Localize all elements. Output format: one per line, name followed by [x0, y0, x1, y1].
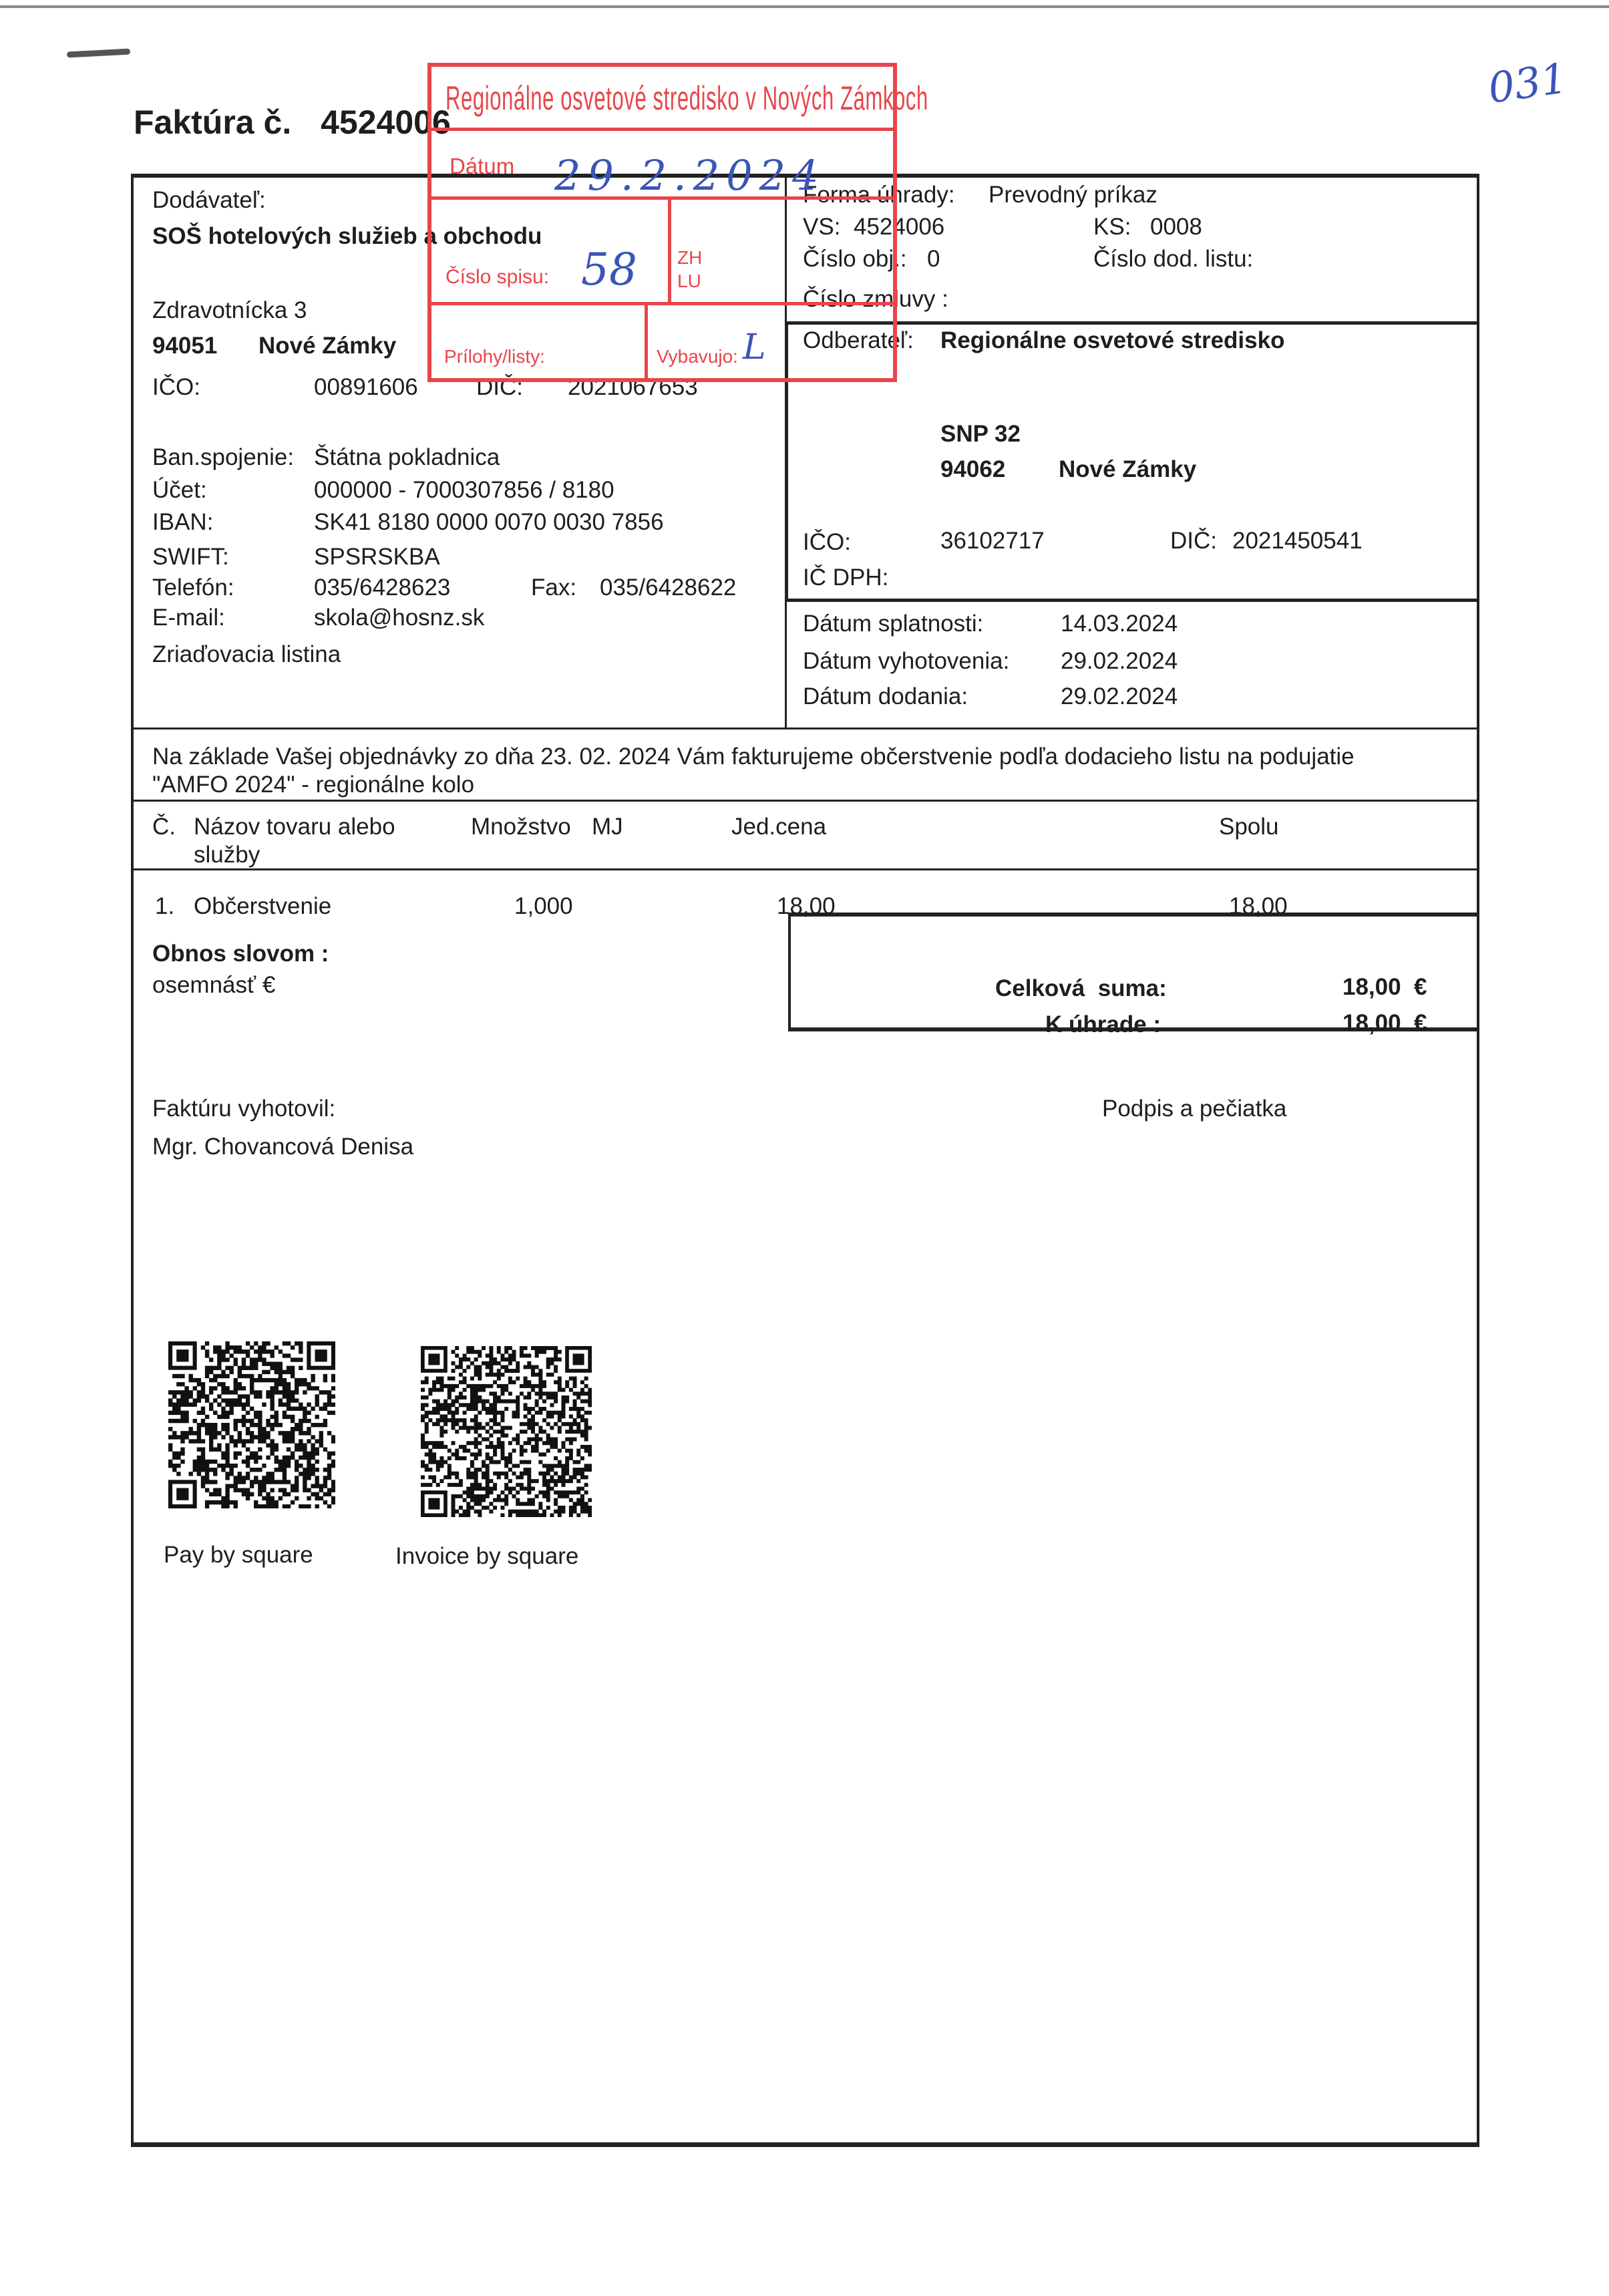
- col-header-unit-price: Jed.cena: [731, 814, 826, 840]
- row-total: 18,00: [1229, 893, 1288, 920]
- pay-by-square-qr: [168, 1341, 335, 1508]
- col-header-name-2: služby: [194, 842, 260, 868]
- stamp-line-1: [427, 128, 897, 131]
- customer-name: Regionálne osvetové stredisko: [940, 327, 1284, 354]
- customer-dic-label: DIČ:: [1170, 528, 1217, 554]
- stamp-spisu-label: Číslo spisu:: [445, 266, 549, 289]
- supplier-street: Zdravotnícka 3: [152, 297, 307, 324]
- customer-street: SNP 32: [940, 421, 1021, 448]
- totals-box-top: [788, 913, 1479, 917]
- issue-date: 29.02.2024: [1061, 648, 1178, 675]
- phone-label: Telefón:: [152, 575, 234, 601]
- supplier-zip: 94051: [152, 333, 217, 359]
- fax-label: Fax:: [531, 575, 576, 601]
- supplier-city: Nové Zámky: [258, 333, 396, 359]
- section-line-3: [131, 868, 1479, 870]
- email-value: skola@hosnz.sk: [314, 605, 484, 631]
- customer-city: Nové Zámky: [1059, 456, 1196, 483]
- supplier-ico: 00891606: [314, 374, 418, 401]
- stamp-org: Regionálne osvetové stredisko v Nových Z…: [445, 79, 928, 118]
- stamp-attachments-label: Prílohy/listy:: [444, 346, 545, 367]
- amount-due-label: K úhrade :: [1045, 1011, 1161, 1038]
- row-qty: 1,000: [514, 893, 573, 920]
- handwritten-page-number: 031: [1485, 53, 1570, 113]
- row-name: Občerstvenie: [194, 893, 331, 920]
- stamp-handler-value: L: [743, 327, 766, 367]
- account-value: 000000 - 7000307856 / 8180: [314, 477, 614, 504]
- invoice-by-square-qr: [421, 1346, 592, 1517]
- stamp-lu: LU: [677, 271, 701, 292]
- bank-label: Ban.spojenie:: [152, 444, 294, 471]
- col-header-qty: Množstvo: [471, 814, 571, 840]
- col-header-name: Názov tovaru alebo: [194, 814, 395, 840]
- issued-by-label: Faktúru vyhotovil:: [152, 1096, 335, 1122]
- stamp-date-value: 29.2.2024: [554, 151, 826, 200]
- signature-label: Podpis a pečiatka: [1102, 1096, 1286, 1122]
- issued-by-name: Mgr. Chovancová Denisa: [152, 1134, 413, 1160]
- customer-ico-label: IČO:: [803, 529, 851, 556]
- total-sum-value: 18,00 €: [1343, 974, 1427, 1001]
- stamp-vline-1: [668, 196, 671, 303]
- stamp-vline-2: [645, 302, 648, 381]
- scan-edge-line: [0, 5, 1609, 8]
- section-line-2: [131, 800, 1479, 802]
- fax-value: 035/6428622: [600, 575, 736, 601]
- delivery-date: 29.02.2024: [1061, 683, 1178, 710]
- customer-box-bottom: [785, 599, 1479, 602]
- swift-value: SPSRSKBA: [314, 544, 440, 570]
- customer-icdph-label: IČ DPH:: [803, 564, 888, 591]
- customer-dic: 2021450541: [1232, 528, 1363, 554]
- stamp-spisu-value: 58: [581, 244, 637, 295]
- description-line-1: Na základe Vašej objednávky zo dňa 23. 0…: [152, 744, 1355, 770]
- account-label: Účet:: [152, 477, 207, 504]
- row-unit-price: 18,00: [777, 893, 836, 920]
- swift-label: SWIFT:: [152, 544, 229, 570]
- email-label: E-mail:: [152, 605, 225, 631]
- description-line-2: "AMFO 2024" - regionálne kolo: [152, 772, 474, 798]
- payment-method: Prevodný príkaz: [989, 182, 1157, 208]
- frame-bottom: [131, 2142, 1479, 2147]
- totals-box-left: [788, 913, 791, 1031]
- supplier-ico-label: IČO:: [152, 374, 200, 401]
- col-header-unit: MJ: [592, 814, 623, 840]
- stamp-date-label: Dátum: [450, 154, 514, 179]
- ks-value: 0008: [1150, 214, 1202, 240]
- section-line-1: [131, 727, 1479, 729]
- iban-value: SK41 8180 0000 0070 0030 7856: [314, 509, 664, 536]
- invoice-title: Faktúra č. 4524006: [134, 104, 451, 141]
- customer-ico: 36102717: [940, 528, 1045, 554]
- founding-doc: Zriaďovacia listina: [152, 641, 341, 668]
- total-sum-label: Celková suma:: [995, 975, 1167, 1002]
- amount-words-value: osemnásť €: [152, 972, 275, 999]
- pay-by-square-label: Pay by square: [164, 1542, 313, 1569]
- invoice-by-square-label: Invoice by square: [395, 1543, 578, 1570]
- due-date-label: Dátum splatnosti:: [803, 611, 983, 637]
- pen-mark: [67, 49, 130, 58]
- frame-right: [1477, 174, 1479, 2147]
- order-value: 0: [927, 246, 940, 273]
- issue-date-label: Dátum vyhotovenia:: [803, 648, 1009, 675]
- frame-left: [131, 174, 134, 2147]
- row-no: 1.: [155, 893, 174, 920]
- ks-label: KS:: [1093, 214, 1131, 240]
- iban-label: IBAN:: [152, 509, 213, 536]
- stamp-handler-label: Vybavujo:: [657, 346, 738, 367]
- amount-due-value: 18,00 €: [1343, 1010, 1427, 1037]
- col-header-no: Č.: [152, 814, 176, 840]
- due-date: 14.03.2024: [1061, 611, 1178, 637]
- stamp-line-3: [427, 302, 897, 305]
- bank-value: Štátna pokladnica: [314, 444, 500, 471]
- col-header-total: Spolu: [1219, 814, 1279, 840]
- amount-words-label: Obnos slovom :: [152, 941, 329, 967]
- phone-value: 035/6428623: [314, 575, 450, 601]
- invoice-title-label: Faktúra č.: [134, 104, 291, 141]
- delivery-note-label: Číslo dod. listu:: [1093, 246, 1253, 273]
- customer-zip: 94062: [940, 456, 1005, 483]
- delivery-date-label: Dátum dodania:: [803, 683, 968, 710]
- stamp-zh: ZH: [677, 247, 702, 269]
- supplier-label: Dodávateľ:: [152, 187, 266, 214]
